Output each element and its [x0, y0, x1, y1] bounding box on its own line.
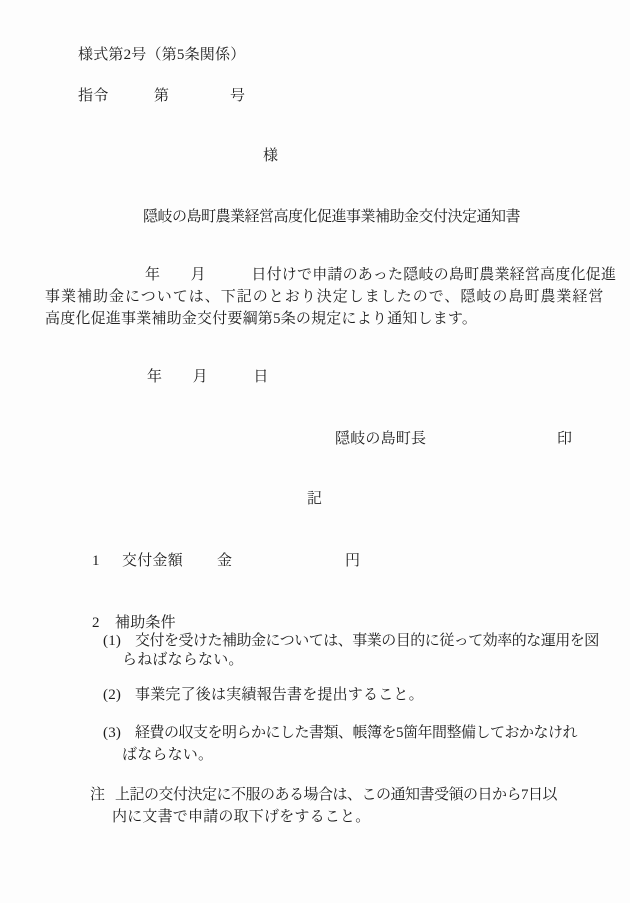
directive-number-line: 指令 第 号 — [78, 88, 245, 105]
condition-1-line-1: 交付を受けた補助金については、事業の目的に従って効率的な運用を図 — [135, 633, 599, 650]
record-marker: 記 — [307, 491, 322, 508]
condition-2-line-1: 事業完了後は実績報告書を提出すること。 — [135, 687, 424, 704]
document-title: 隠岐の島町農業経営高度化促進事業補助金交付決定通知書 — [143, 209, 520, 226]
form-number: 様式第2号（第5条関係） — [78, 47, 245, 64]
note-marker: 注 — [90, 787, 105, 804]
item1-amount-prefix: 金 — [217, 553, 232, 570]
body-paragraph-line-2: 事業補助金については、下記のとおり決定しましたので、隠岐の島町農業経営 — [45, 289, 604, 306]
note-line-2: 内に文書で申請の取下げをすること。 — [112, 809, 370, 826]
item2-number: 2 — [92, 615, 100, 632]
addressee-suffix: 様 — [263, 148, 278, 165]
item1-amount-suffix: 円 — [345, 553, 360, 570]
item2-label: 補助条件 — [115, 615, 176, 632]
condition-2-number: (2) — [103, 687, 121, 704]
item1-number: 1 — [92, 553, 100, 570]
body-paragraph-line-1: 年 月 日付けで申請のあった隠岐の島町農業経営高度化促進 — [145, 267, 616, 284]
seal-placeholder: 印 — [557, 431, 572, 448]
body-paragraph-line-3: 高度化促進事業補助金交付要綱第5条の規定により通知します。 — [45, 311, 477, 328]
condition-1-line-2: らねばならない。 — [122, 652, 244, 669]
note-line-1: 上記の交付決定に不服のある場合は、この通知書受領の日から7日以 — [115, 787, 557, 804]
condition-3-line-1: 経費の収支を明らかにした書類、帳簿を5箇年間整備しておかなけれ — [135, 725, 577, 742]
notice-document-page: 様式第2号（第5条関係） 指令 第 号 様 隠岐の島町農業経営高度化促進事業補助… — [0, 0, 630, 903]
condition-1-number: (1) — [103, 633, 121, 650]
signer-title: 隠岐の島町長 — [335, 431, 426, 448]
issue-date-line: 年 月 日 — [147, 369, 269, 386]
condition-3-line-2: ばならない。 — [122, 747, 213, 764]
item1-label: 交付金額 — [122, 553, 183, 570]
condition-3-number: (3) — [103, 725, 121, 742]
